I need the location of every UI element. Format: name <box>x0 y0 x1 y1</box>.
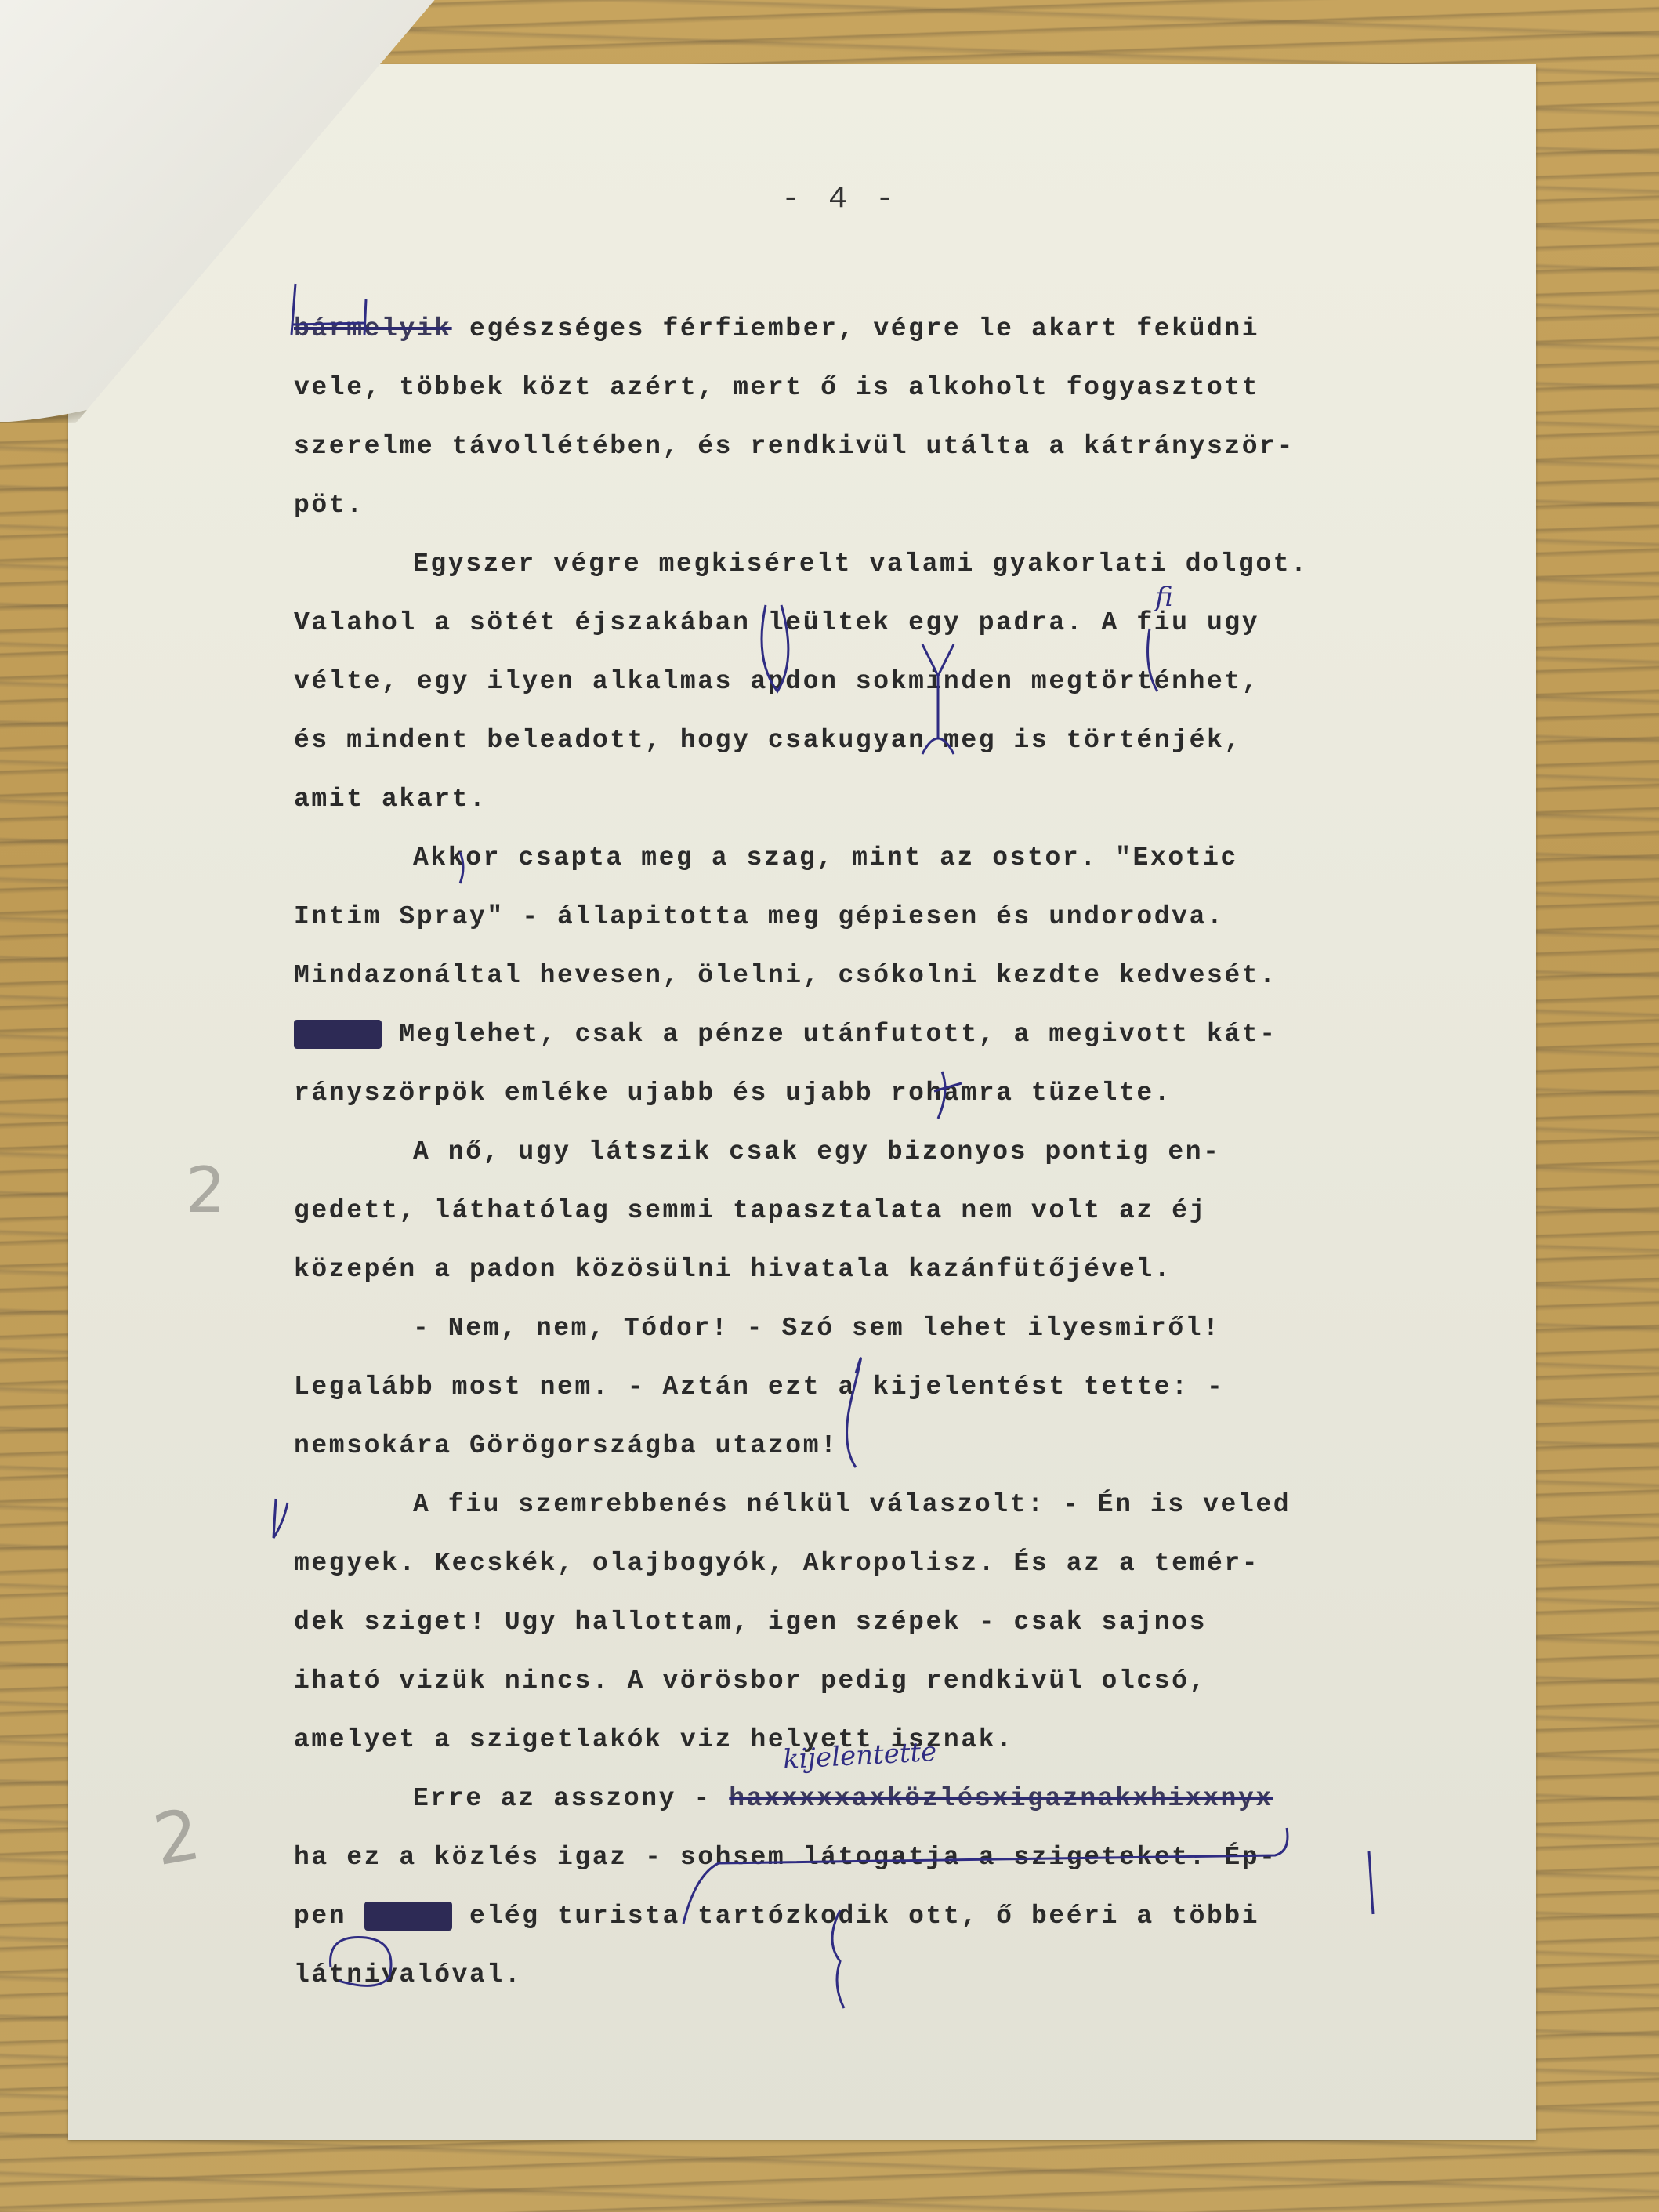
line-text: Mindazonáltal hevesen, ölelni, csókolni … <box>294 961 1277 990</box>
typed-line: bármelyik egészséges férfiember, végre l… <box>294 299 1391 358</box>
handwritten-correction-fi: fi <box>1155 582 1173 613</box>
line-text: nemsokára Görögországba utazom! <box>294 1431 839 1460</box>
line-text: pen <box>294 1902 364 1931</box>
typed-line: pöt. <box>294 476 1391 535</box>
typed-line: █████ Meglehet, csak a pénze utánfutott,… <box>294 1005 1391 1064</box>
typed-line: nemsokára Görögországba utazom! <box>294 1416 1391 1475</box>
line-text: Valahol a sötét éjszakában leültek egy p… <box>294 608 1259 637</box>
line-text: megyek. Kecskék, olajbogyók, Akropolisz.… <box>294 1549 1259 1578</box>
line-text: ha ez a közlés igaz - sohsem látogatja a… <box>294 1843 1277 1872</box>
pencil-margin-note-2: 2 <box>147 1793 206 1882</box>
line-text: amit akart. <box>294 785 487 814</box>
line-text: rányszörpök emléke ujabb és ujabb rohamr… <box>294 1079 1172 1108</box>
typed-line: Intim Spray" - állapitotta meg gépiesen … <box>294 887 1391 946</box>
typed-line: látnivalóval. <box>294 1945 1391 2004</box>
typed-line: iható vizük nincs. A vörösbor pedig rend… <box>294 1652 1391 1710</box>
struck-text: bármelyik <box>294 314 452 343</box>
typed-line: gedett, láthatólag semmi tapasztalata ne… <box>294 1181 1391 1240</box>
typed-line: - Nem, nem, Tódor! - Szó sem lehet ilyes… <box>294 1299 1391 1358</box>
line-text: elég turista tartózkodik ott, ő beéri a … <box>452 1902 1260 1931</box>
line-text: dek sziget! Ugy hallottam, igen szépek -… <box>294 1608 1207 1637</box>
line-text: látnivalóval. <box>294 1960 522 1989</box>
page-number: - 4 - <box>781 182 899 217</box>
line-text: és mindent beleadott, hogy csakugyan meg… <box>294 726 1242 755</box>
struck-text: haxxxxxaxközlésxigaznakxhixxnyx <box>729 1784 1273 1813</box>
typed-line: Egyszer végre megkisérelt valami gyakorl… <box>294 535 1391 593</box>
typed-line: megyek. Kecskék, olajbogyók, Akropolisz.… <box>294 1534 1391 1593</box>
typed-line: rányszörpök emléke ujabb és ujabb rohamr… <box>294 1064 1391 1122</box>
typed-line: közepén a padon közösülni hivatala kazán… <box>294 1240 1391 1299</box>
line-text: pöt. <box>294 491 364 520</box>
typed-line: Akkor csapta meg a szag, mint az ostor. … <box>294 829 1391 887</box>
line-text: egészséges férfiember, végre le akart fe… <box>452 314 1260 343</box>
line-text: A fiu szemrebbenés nélkül válaszolt: - É… <box>413 1490 1291 1519</box>
typed-page: - 4 - bármelyik egészséges férfiember, v… <box>68 64 1536 2140</box>
typed-line: Legalább most nem. - Aztán ezt a kijelen… <box>294 1358 1391 1416</box>
line-text: iható vizük nincs. A vörösbor pedig rend… <box>294 1666 1207 1695</box>
typed-line: Mindazonáltal hevesen, ölelni, csókolni … <box>294 946 1391 1005</box>
typed-line: és mindent beleadott, hogy csakugyan meg… <box>294 711 1391 770</box>
line-text: vélte, egy ilyen alkalmas apdon sokminde… <box>294 667 1259 696</box>
line-text: Erre az asszony - <box>413 1784 729 1813</box>
line-text: szerelme távollétében, és rendkivül utál… <box>294 432 1295 461</box>
blotted-text: █████ <box>364 1902 452 1931</box>
typed-line: vélte, egy ilyen alkalmas apdon sokminde… <box>294 652 1391 711</box>
typed-line: ha ez a közlés igaz - sohsem látogatja a… <box>294 1828 1391 1887</box>
line-text: Akkor csapta meg a szag, mint az ostor. … <box>413 843 1238 872</box>
blotted-text: █████ <box>294 1020 382 1049</box>
typed-line: amit akart. <box>294 770 1391 829</box>
typed-line: Erre az asszony - haxxxxxaxközlésxigazna… <box>294 1769 1391 1828</box>
line-text: Legalább most nem. - Aztán ezt a kijelen… <box>294 1373 1224 1402</box>
typed-line: Valahol a sötét éjszakában leültek egy p… <box>294 593 1391 652</box>
line-text: vele, többek közt azért, mert ő is alkoh… <box>294 373 1259 402</box>
typed-line: vele, többek közt azért, mert ő is alkoh… <box>294 358 1391 417</box>
line-text: Egyszer végre megkisérelt valami gyakorl… <box>413 549 1309 578</box>
typed-line: dek sziget! Ugy hallottam, igen szépek -… <box>294 1593 1391 1652</box>
line-text: közepén a padon közösülni hivatala kazán… <box>294 1255 1172 1284</box>
line-text: Meglehet, csak a pénze utánfutott, a meg… <box>382 1020 1277 1049</box>
line-text: - Nem, nem, Tódor! - Szó sem lehet ilyes… <box>413 1314 1221 1343</box>
pencil-margin-note-1: 2 <box>186 1154 226 1227</box>
typed-line: pen █████ elég turista tartózkodik ott, … <box>294 1887 1391 1945</box>
line-text: Intim Spray" - állapitotta meg gépiesen … <box>294 902 1224 931</box>
line-text: gedett, láthatólag semmi tapasztalata ne… <box>294 1196 1207 1225</box>
typed-line: szerelme távollétében, és rendkivül utál… <box>294 417 1391 476</box>
typed-line: A nő, ugy látszik csak egy bizonyos pont… <box>294 1122 1391 1181</box>
line-text: A nő, ugy látszik csak egy bizonyos pont… <box>413 1137 1221 1166</box>
typed-line: A fiu szemrebbenés nélkül válaszolt: - É… <box>294 1475 1391 1534</box>
